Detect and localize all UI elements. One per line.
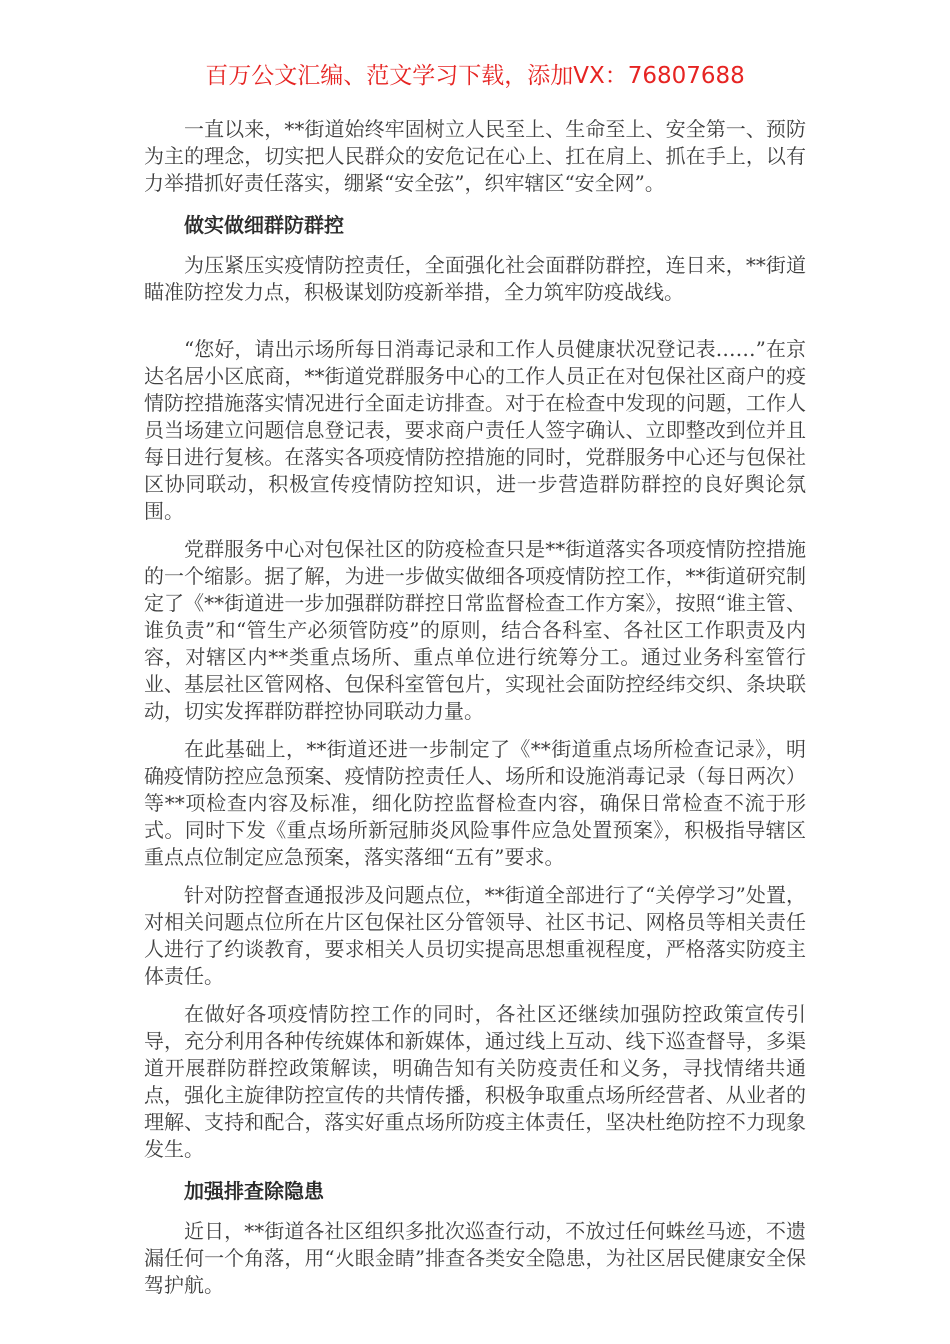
document-paragraph: 在此基础上，**街道还进一步制定了《**街道重点场所检查记录》，明确疫情防控应急… [144, 736, 806, 871]
document-paragraph: 在做好各项疫情防控工作的同时，各社区还继续加强防控政策宣传引导，充分利用各种传统… [144, 1001, 806, 1163]
promo-header-text: 百万公文汇编、范文学习下载，添加VX：76807688 [144, 60, 806, 92]
section-heading-mass-prevention: 做实做细群防群控 [144, 212, 806, 239]
section-heading-hidden-dangers: 加强排查除隐患 [144, 1178, 806, 1205]
document-paragraph: 针对防控督查通报涉及问题点位，**街道全部进行了“关停学习”处置，对相关问题点位… [144, 882, 806, 990]
document-paragraph: 近日，**街道各社区组织多批次巡查行动，不放过任何蛛丝马迹，不遗漏任何一个角落，… [144, 1218, 806, 1299]
document-paragraph: 党群服务中心对包保社区的防疫检查只是**街道落实各项疫情防控措施的一个缩影。据了… [144, 536, 806, 725]
document-page: 百万公文汇编、范文学习下载，添加VX：76807688 一直以来，**街道始终牢… [0, 0, 950, 1344]
document-paragraph: 一直以来，**街道始终牢固树立人民至上、生命至上、安全第一、预防为主的理念，切实… [144, 116, 806, 197]
document-paragraph: “您好，请出示场所每日消毒记录和工作人员健康状况登记表……”在京达名居小区底商，… [144, 336, 806, 525]
document-paragraph: 为压紧压实疫情防控责任，全面强化社会面群防群控，连日来，**街道瞄准防控发力点，… [144, 252, 806, 306]
document-body: 一直以来，**街道始终牢固树立人民至上、生命至上、安全第一、预防为主的理念，切实… [144, 116, 806, 1299]
